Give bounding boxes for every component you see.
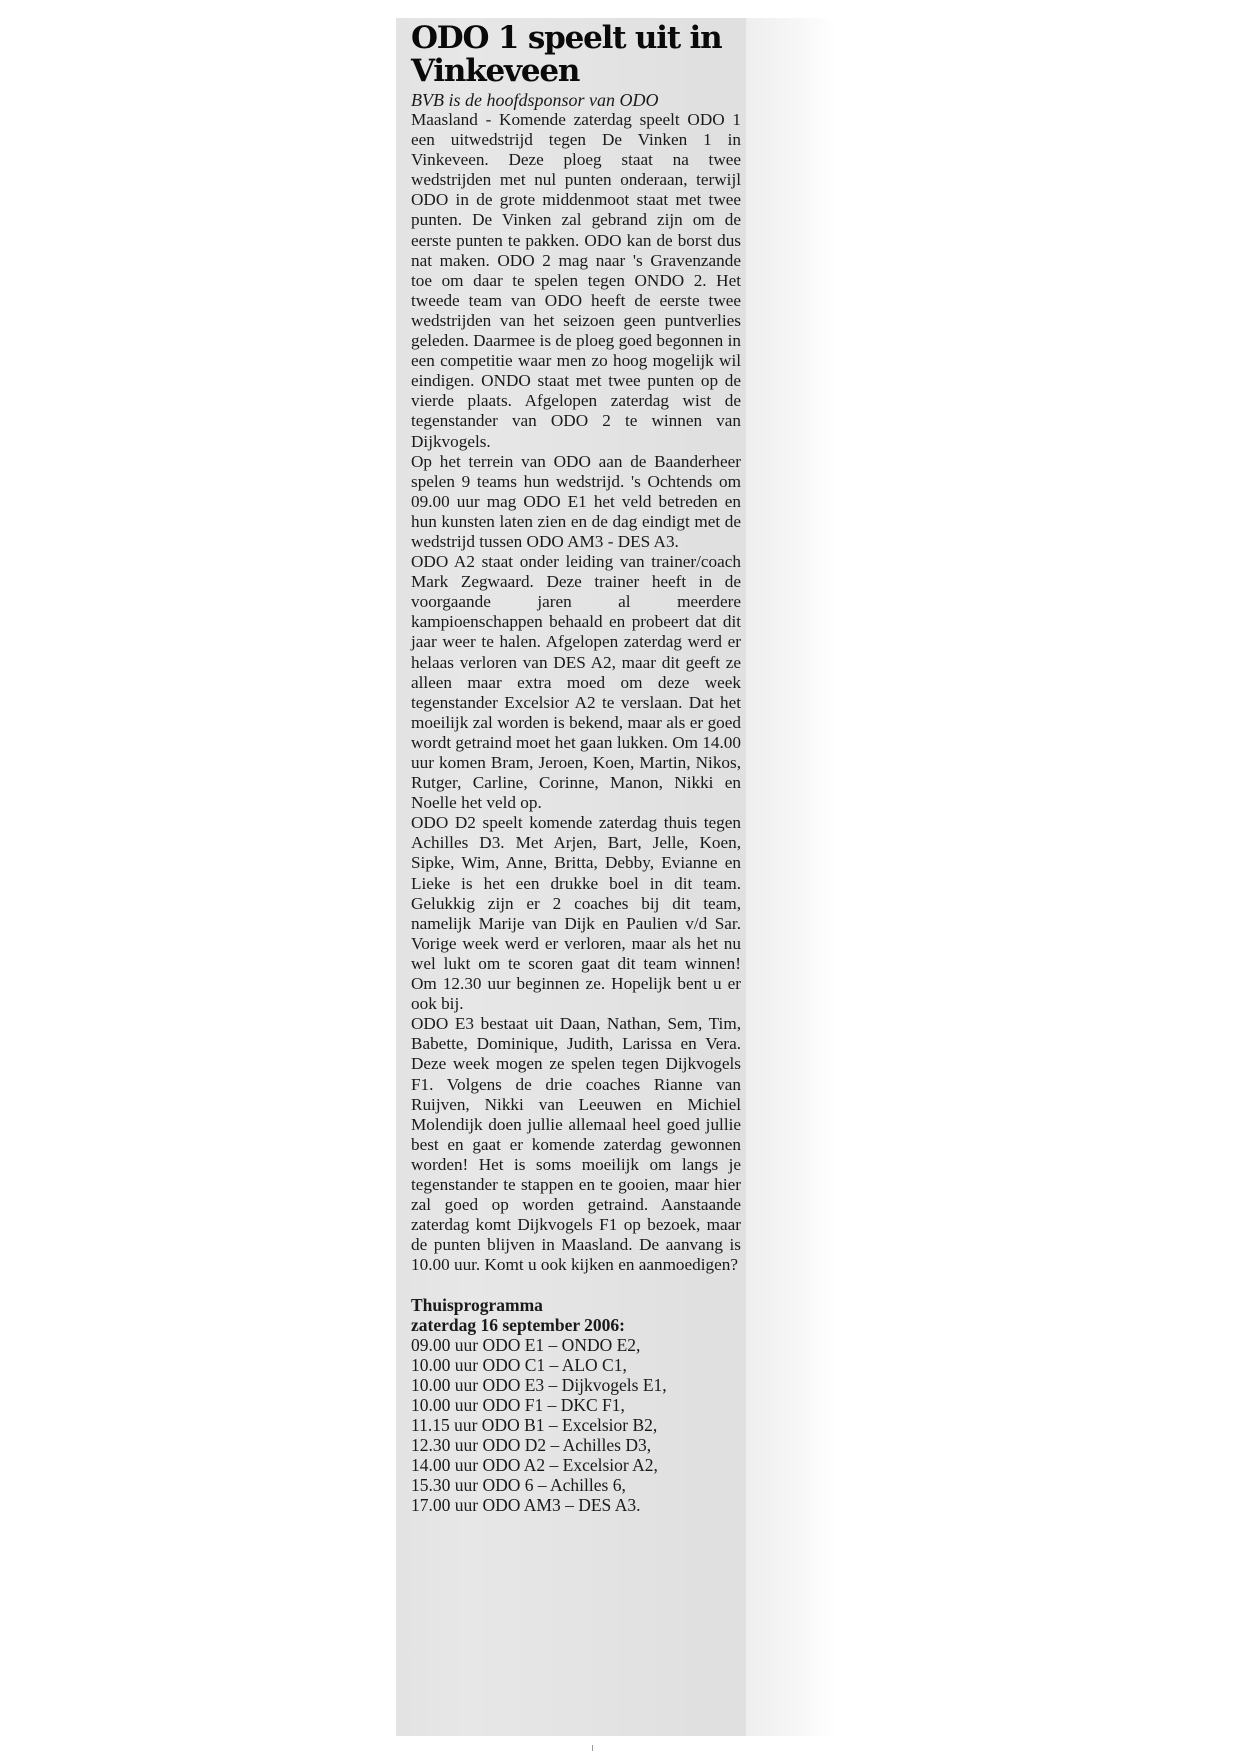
schedule-item: 17.00 uur ODO AM3 – DES A3.	[411, 1495, 741, 1515]
article-subheadline: BVB is de hoofdsponsor van ODO	[411, 90, 741, 110]
adjacent-article-bleed	[746, 18, 836, 1736]
schedule-title: Thuisprogramma	[411, 1295, 741, 1315]
article-headline: ODO 1 speelt uit in Vinkeveen	[411, 22, 741, 88]
schedule-item: 10.00 uur ODO F1 – DKC F1,	[411, 1395, 741, 1415]
schedule-date: zaterdag 16 september 2006:	[411, 1315, 741, 1335]
newspaper-article: ODO 1 speelt uit in Vinkeveen BVB is de …	[411, 22, 741, 1515]
home-schedule: Thuisprogramma zaterdag 16 september 200…	[411, 1295, 741, 1515]
schedule-item: 09.00 uur ODO E1 – ONDO E2,	[411, 1335, 741, 1355]
schedule-item: 14.00 uur ODO A2 – Excelsior A2,	[411, 1455, 741, 1475]
article-paragraph: Maasland - Komende zaterdag speelt ODO 1…	[411, 110, 741, 452]
schedule-item: 10.00 uur ODO C1 – ALO C1,	[411, 1355, 741, 1375]
schedule-item: 11.15 uur ODO B1 – Excelsior B2,	[411, 1415, 741, 1435]
article-paragraph: ODO D2 speelt komende zaterdag thuis teg…	[411, 813, 741, 1014]
article-paragraph: Op het terrein van ODO aan de Baanderhee…	[411, 452, 741, 552]
schedule-item: 12.30 uur ODO D2 – Achilles D3,	[411, 1435, 741, 1455]
schedule-item: 10.00 uur ODO E3 – Dijkvogels E1,	[411, 1375, 741, 1395]
article-paragraph: ODO A2 staat onder leiding van trainer/c…	[411, 552, 741, 813]
scan-mark	[592, 1745, 593, 1751]
article-paragraph: ODO E3 bestaat uit Daan, Nathan, Sem, Ti…	[411, 1014, 741, 1275]
schedule-item: 15.30 uur ODO 6 – Achilles 6,	[411, 1475, 741, 1495]
